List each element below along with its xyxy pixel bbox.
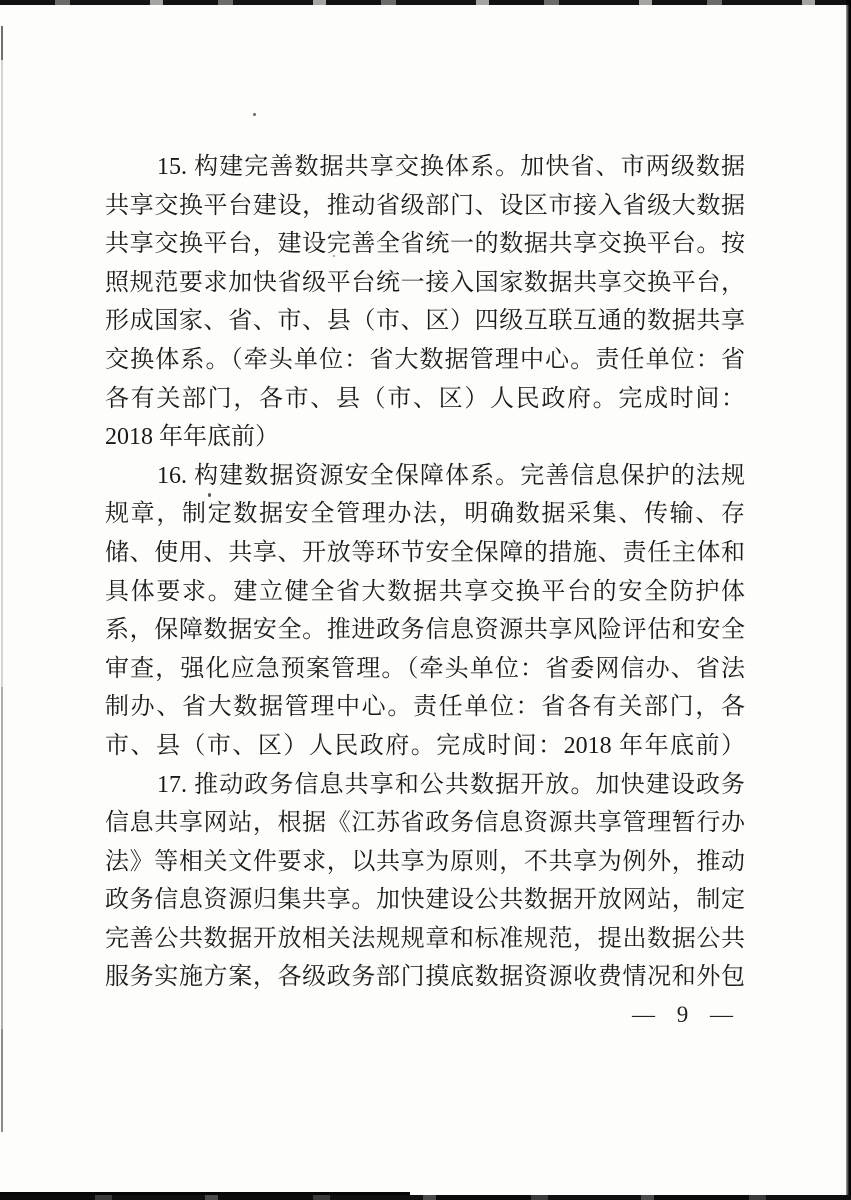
- paragraph-16-line-4: 具体要求。建立健全省大数据共享交换平台的安全防护体: [105, 573, 745, 612]
- paragraph-17-line-2: 信息共享网站，根据《江苏省政务信息资源共享管理暂行办: [105, 804, 745, 843]
- scan-artifact-top-edge: [0, 0, 851, 5]
- paragraph-17-line-4: 政务信息资源归集共享。加快建设公共数据开放网站，制定: [105, 881, 745, 920]
- scan-artifact-bottom-edge-thin: [0, 1195, 851, 1200]
- paragraph-16-line-8: 市、县（市、区）人民政府。完成时间：2018 年年底前）: [105, 727, 745, 766]
- paragraph-15-line-1: 15. 构建完善数据共享交换体系。加快省、市两级数据: [105, 148, 745, 187]
- scan-artifact-left-line: [1, 26, 3, 1166]
- paragraph-15-line-7: 各有关部门，各市、县（市、区）人民政府。完成时间：: [105, 380, 745, 419]
- paragraph-15-line-2: 共享交换平台建设，推动省级部门、设区市接入省级大数据: [105, 187, 745, 226]
- document-body: 15. 构建完善数据共享交换体系。加快省、市两级数据 共享交换平台建设，推动省级…: [105, 148, 745, 997]
- scanned-document-page: 15. 构建完善数据共享交换体系。加快省、市两级数据 共享交换平台建设，推动省级…: [0, 0, 851, 1200]
- paragraph-17-line-5: 完善公共数据开放相关法规规章和标准规范，提出数据公共: [105, 920, 745, 959]
- paragraph-16-line-2: 规章，制定数据安全管理办法，明确数据采集、传输、存: [105, 495, 745, 534]
- paragraph-17-line-3: 法》等相关文件要求，以共享为原则，不共享为例外，推动: [105, 843, 745, 882]
- scan-artifact-right-edge: [846, 0, 851, 1200]
- paragraph-15-line-4: 照规范要求加快省级平台统一接入国家数据共享交换平台，: [105, 264, 745, 303]
- paragraph-15-line-8: 2018 年年底前）: [105, 418, 745, 457]
- scan-noise-speck: [253, 113, 256, 116]
- page-number: — 9 —: [632, 1002, 734, 1028]
- paragraph-17-line-6: 服务实施方案，各级政务部门摸底数据资源收费情况和外包: [105, 958, 745, 997]
- paragraph-15-line-5: 形成国家、省、市、县（市、区）四级互联互通的数据共享: [105, 302, 745, 341]
- paragraph-16-line-7: 制办、省大数据管理中心。责任单位：省各有关部门，各: [105, 688, 745, 727]
- paragraph-16-line-6: 审查，强化应急预案管理。（牵头单位：省委网信办、省法: [105, 650, 745, 689]
- paragraph-16-line-3: 储、使用、共享、开放等环节安全保障的措施、责任主体和: [105, 534, 745, 573]
- paragraph-16-line-1: 16. 构建数据资源安全保障体系。完善信息保护的法规: [105, 457, 745, 496]
- paragraph-17-line-1: 17. 推动政务信息共享和公共数据开放。加快建设政务: [105, 766, 745, 805]
- paragraph-15-line-3: 共享交换平台，建设完善全省统一的数据共享交换平台。按: [105, 225, 745, 264]
- paragraph-15-line-6: 交换体系。（牵头单位：省大数据管理中心。责任单位：省: [105, 341, 745, 380]
- paragraph-16-line-5: 系，保障数据安全。推进政务信息资源共享风险评估和安全: [105, 611, 745, 650]
